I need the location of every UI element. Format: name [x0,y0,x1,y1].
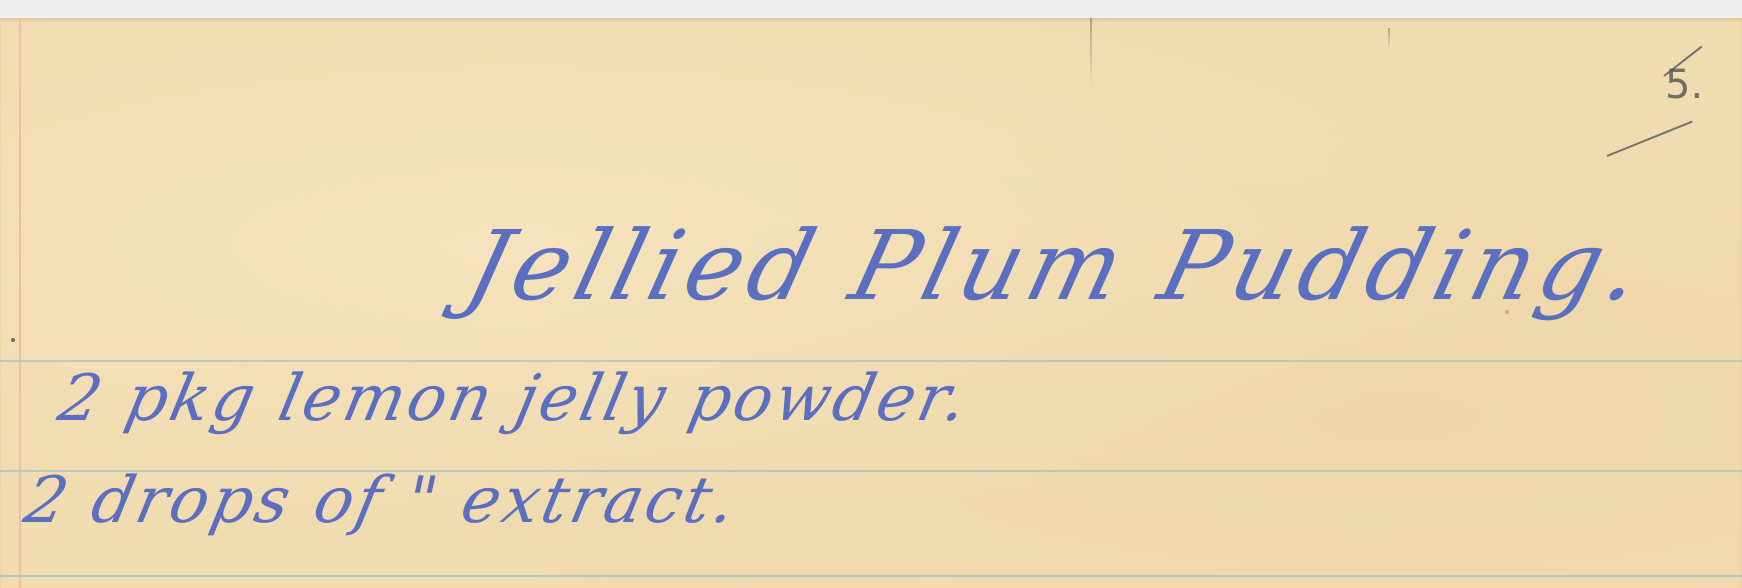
recipe-title: Jellied Plum Pudding. [456,210,1659,322]
ingredient-line-2: 2 drops of " extract. [18,464,745,538]
paper-top-edge [0,18,1742,22]
margin-line [19,18,21,588]
paper-tick-mark [1388,28,1390,50]
ink-speck [11,338,15,342]
scanned-page: 5. Jellied Plum Pudding. 2 pkg lemon jel… [0,0,1742,588]
ingredient-line-1: 2 pkg lemon jelly powder. [52,362,976,436]
ruled-line-3 [0,575,1742,577]
paper-crease [1090,18,1092,88]
